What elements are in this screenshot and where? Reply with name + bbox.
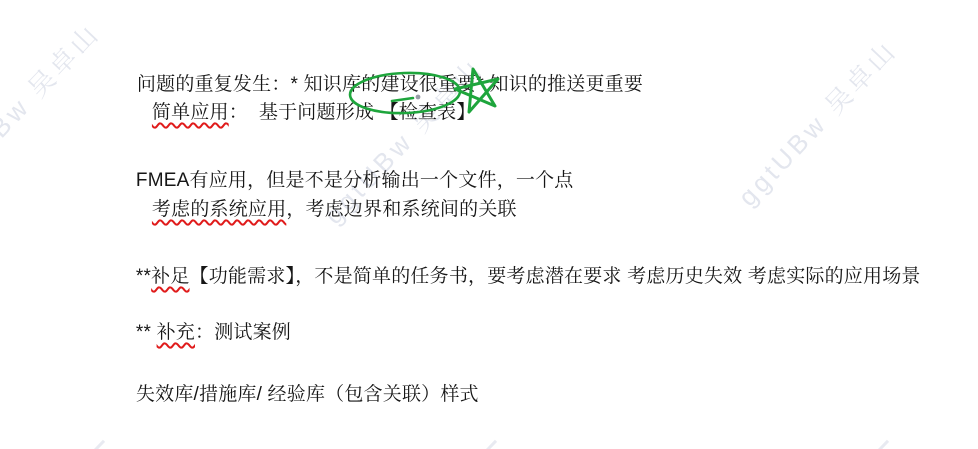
text-segment: ** <box>136 322 157 343</box>
line-simple-application: 简单应用： 基于问题形成 【检查表】 <box>130 77 476 149</box>
misspelled-word: 简单应用 <box>152 102 229 123</box>
circled-term: 【检查表】 <box>380 102 476 123</box>
watermark-fragment <box>94 440 105 449</box>
watermark-fragment <box>486 440 497 449</box>
misspelled-word: 补足 <box>151 266 189 287</box>
watermark-fragment <box>878 440 889 449</box>
text-segment: 失效库/措施库/ 经验库（包含关联）样式 <box>136 384 479 405</box>
text-segment: 【功能需求】，不是简单的任务书，要考虑潜在要求 考虑历史失效 考虑实际的应用场景 <box>190 266 921 287</box>
watermark: ggtUBw 吴卓山 <box>729 31 905 213</box>
line-libraries-style: 失效库/措施库/ 经验库（包含关联）样式 <box>114 359 479 431</box>
text-segment: ：测试案例 <box>195 322 291 343</box>
misspelled-word: 补充 <box>157 322 195 343</box>
watermark: ggtUBw 吴卓山 <box>0 14 107 196</box>
text-segment: ** <box>136 266 151 287</box>
text-segment: ： 基于问题形成 <box>229 102 380 123</box>
line-system-consideration: 考虑的系统应用，考虑边界和系统间的关联 <box>130 174 517 246</box>
text-segment: ，考虑边界和系统间的关联 <box>286 199 516 220</box>
document-page: ggtUBw 吴卓山 ggtUBw 吴卓山 ggtUBw 吴卓山 问题的重复发生… <box>0 0 978 449</box>
misspelled-word: 考虑的系统应用 <box>152 199 286 220</box>
